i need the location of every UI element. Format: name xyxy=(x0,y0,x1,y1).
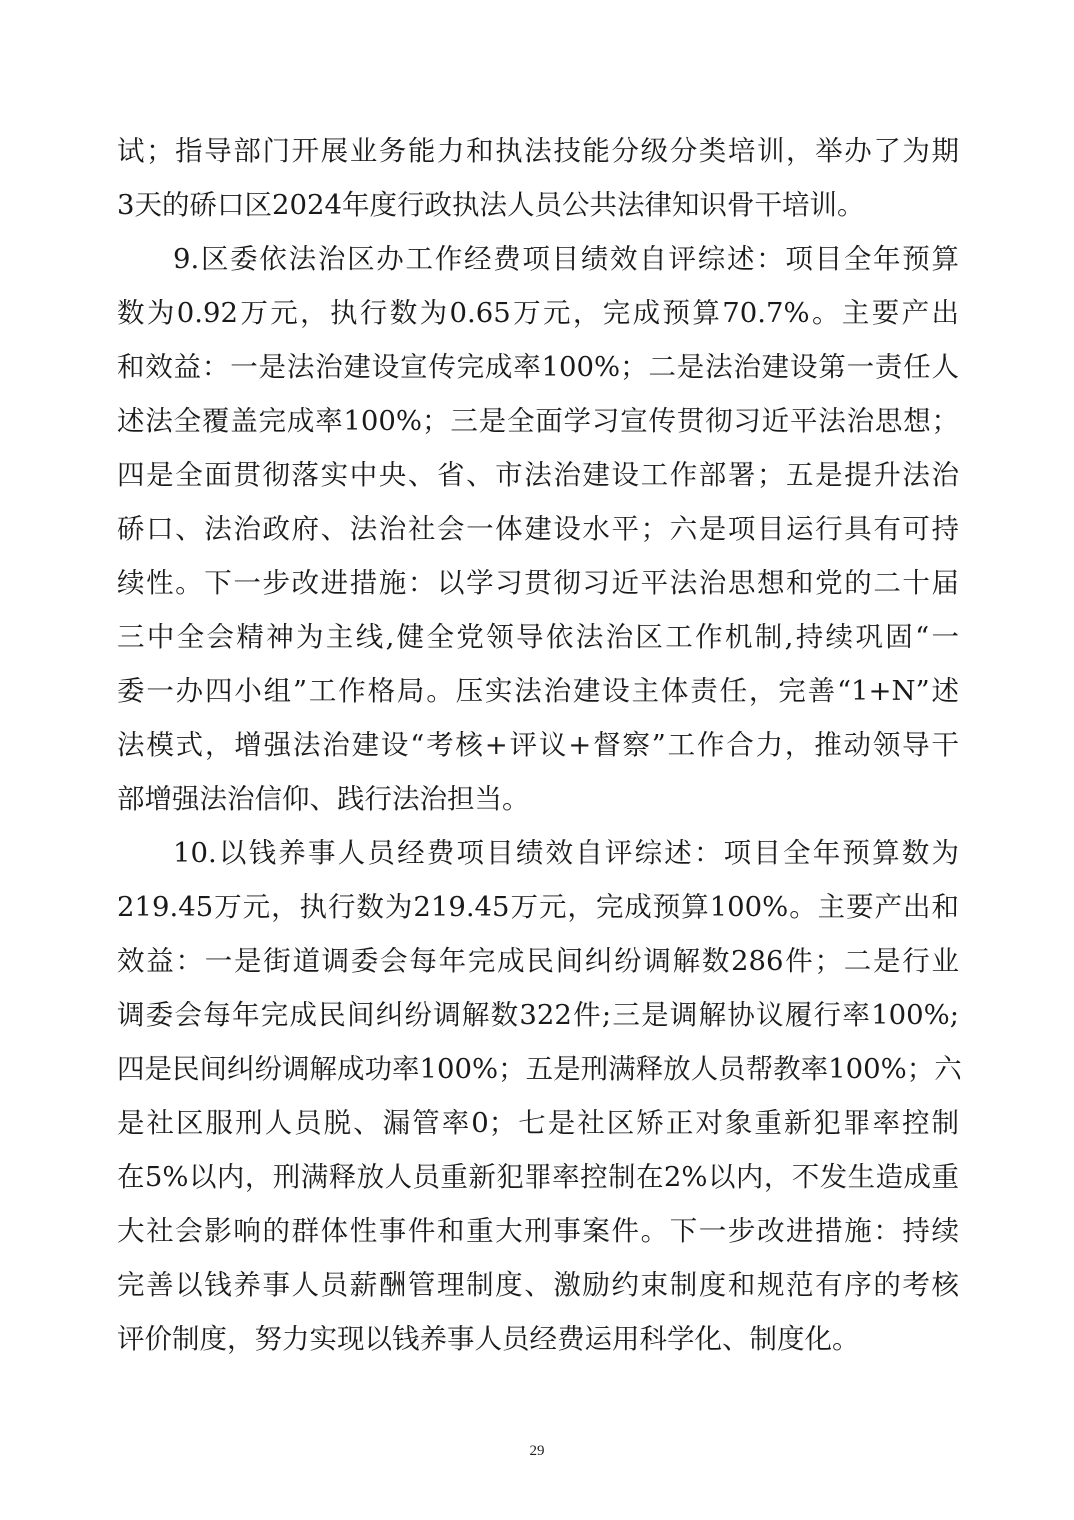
text-line: 续性。下一步改进措施：以学习贯彻习近平法治思想和党的二十届 xyxy=(117,563,959,603)
text-line: 三中全会精神为主线,健全党领导依法治区工作机制,持续巩固“一 xyxy=(117,617,959,657)
text-line: 在5%以内，刑满释放人员重新犯罪率控制在2%以内，不发生造成重 xyxy=(117,1157,959,1197)
text-line: 3天的硚口区2024年度行政执法人员公共法律知识骨干培训。 xyxy=(117,185,959,225)
page-number: 29 xyxy=(0,1443,1074,1460)
text-line: 部增强法治信仰、践行法治担当。 xyxy=(117,779,959,819)
paragraph-9-start: 9.区委依法治区办工作经费项目绩效自评综述：项目全年预算 xyxy=(173,239,959,279)
text-line: 四是民间纠纷调解成功率100%；五是刑满释放人员帮教率100%；六 xyxy=(117,1049,959,1089)
text-line: 委一办四小组”工作格局。压实法治建设主体责任，完善“1+N”述 xyxy=(117,671,959,711)
text-line: 法模式，增强法治建设“考核+评议+督察”工作合力，推动领导干 xyxy=(117,725,959,765)
text-line: 数为0.92万元，执行数为0.65万元，完成预算70.7%。主要产出 xyxy=(117,293,959,333)
text-line: 评价制度，努力实现以钱养事人员经费运用科学化、制度化。 xyxy=(117,1319,959,1359)
text-line: 硚口、法治政府、法治社会一体建设水平；六是项目运行具有可持 xyxy=(117,509,959,549)
text-line: 完善以钱养事人员薪酬管理制度、激励约束制度和规范有序的考核 xyxy=(117,1265,959,1305)
text-line: 述法全覆盖完成率100%；三是全面学习宣传贯彻习近平法治思想； xyxy=(117,401,959,441)
text-line: 四是全面贯彻落实中央、省、市法治建设工作部署；五是提升法治 xyxy=(117,455,959,495)
text-line: 调委会每年完成民间纠纷调解数322件;三是调解协议履行率100%; xyxy=(117,995,959,1035)
text-line: 大社会影响的群体性事件和重大刑事案件。下一步改进措施：持续 xyxy=(117,1211,959,1251)
text-line: 试；指导部门开展业务能力和执法技能分级分类培训，举办了为期 xyxy=(117,131,959,171)
text-line: 效益：一是街道调委会每年完成民间纠纷调解数286件；二是行业 xyxy=(117,941,959,981)
text-line: 是社区服刑人员脱、漏管率0；七是社区矫正对象重新犯罪率控制 xyxy=(117,1103,959,1143)
text-line: 和效益：一是法治建设宣传完成率100%；二是法治建设第一责任人 xyxy=(117,347,959,387)
text-line: 219.45万元，执行数为219.45万元，完成预算100%。主要产出和 xyxy=(117,887,959,927)
document-page: 试；指导部门开展业务能力和执法技能分级分类培训，举办了为期 3天的硚口区2024… xyxy=(0,0,1074,1520)
paragraph-10-start: 10.以钱养事人员经费项目绩效自评综述：项目全年预算数为 xyxy=(173,833,959,873)
